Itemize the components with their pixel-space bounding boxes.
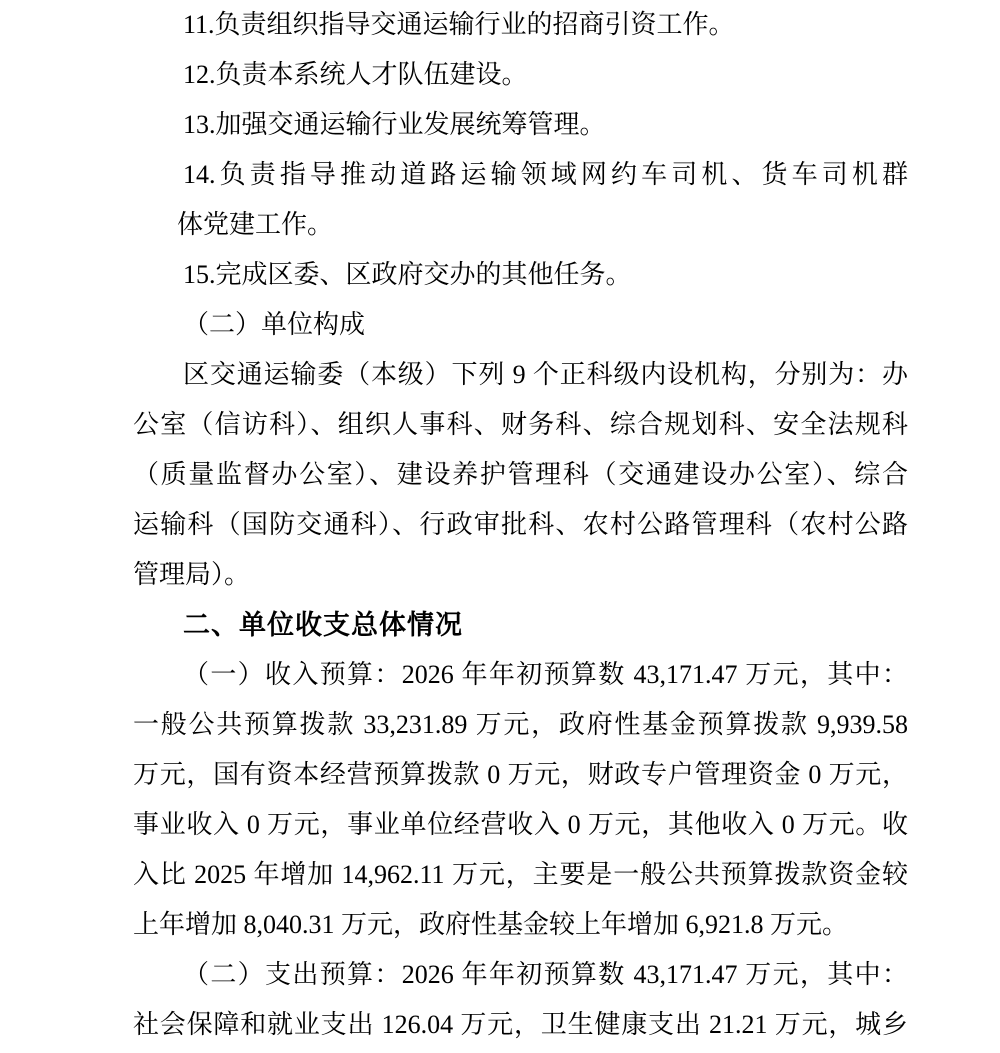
duty-item-14-line-2: 体党建工作。 [133,200,908,250]
document-page: 11.负责组织指导交通运输行业的招商引资工作。 12.负责本系统人才队伍建设。 … [0,0,1000,1053]
income-budget-line-1: （一）收入预算：2026 年年初预算数 43,171.47 万元，其中： [133,650,908,700]
duty-item-11: 11.负责组织指导交通运输行业的招商引资工作。 [133,0,908,50]
income-budget-line-5: 入比 2025 年增加 14,962.11 万元，主要是一般公共预算拨款资金较 [133,850,908,900]
expenditure-budget-line-2: 社会保障和就业支出 126.04 万元，卫生健康支出 21.21 万元，城乡 [133,1000,908,1050]
unit-composition-line-5: 管理局）。 [133,550,908,600]
unit-composition-line-3: （质量监督办公室）、建设养护管理科（交通建设办公室）、综合 [133,450,908,500]
unit-composition-line-1: 区交通运输委（本级）下列 9 个正科级内设机构，分别为：办 [133,350,908,400]
document-body: 11.负责组织指导交通运输行业的招商引资工作。 12.负责本系统人才队伍建设。 … [133,0,908,1050]
section-heading-budget-overview: 二、单位收支总体情况 [133,600,908,650]
income-budget-line-4: 事业收入 0 万元，事业单位经营收入 0 万元，其他收入 0 万元。收 [133,800,908,850]
duty-item-15: 15.完成区委、区政府交办的其他任务。 [133,250,908,300]
income-budget-line-6: 上年增加 8,040.31 万元，政府性基金较上年增加 6,921.8 万元。 [133,900,908,950]
duty-item-12: 12.负责本系统人才队伍建设。 [133,50,908,100]
income-budget-line-3: 万元，国有资本经营预算拨款 0 万元，财政专户管理资金 0 万元， [133,750,908,800]
duty-item-14-line-1: 14.负责指导推动道路运输领域网约车司机、货车司机群 [133,150,908,200]
duty-item-13: 13.加强交通运输行业发展统筹管理。 [133,100,908,150]
subsection-heading-unit-composition: （二）单位构成 [133,300,908,350]
expenditure-budget-line-1: （二）支出预算：2026 年年初预算数 43,171.47 万元，其中： [133,950,908,1000]
income-budget-line-2: 一般公共预算拨款 33,231.89 万元，政府性基金预算拨款 9,939.58 [133,700,908,750]
unit-composition-line-4: 运输科（国防交通科）、行政审批科、农村公路管理科（农村公路 [133,500,908,550]
unit-composition-line-2: 公室（信访科）、组织人事科、财务科、综合规划科、安全法规科 [133,400,908,450]
